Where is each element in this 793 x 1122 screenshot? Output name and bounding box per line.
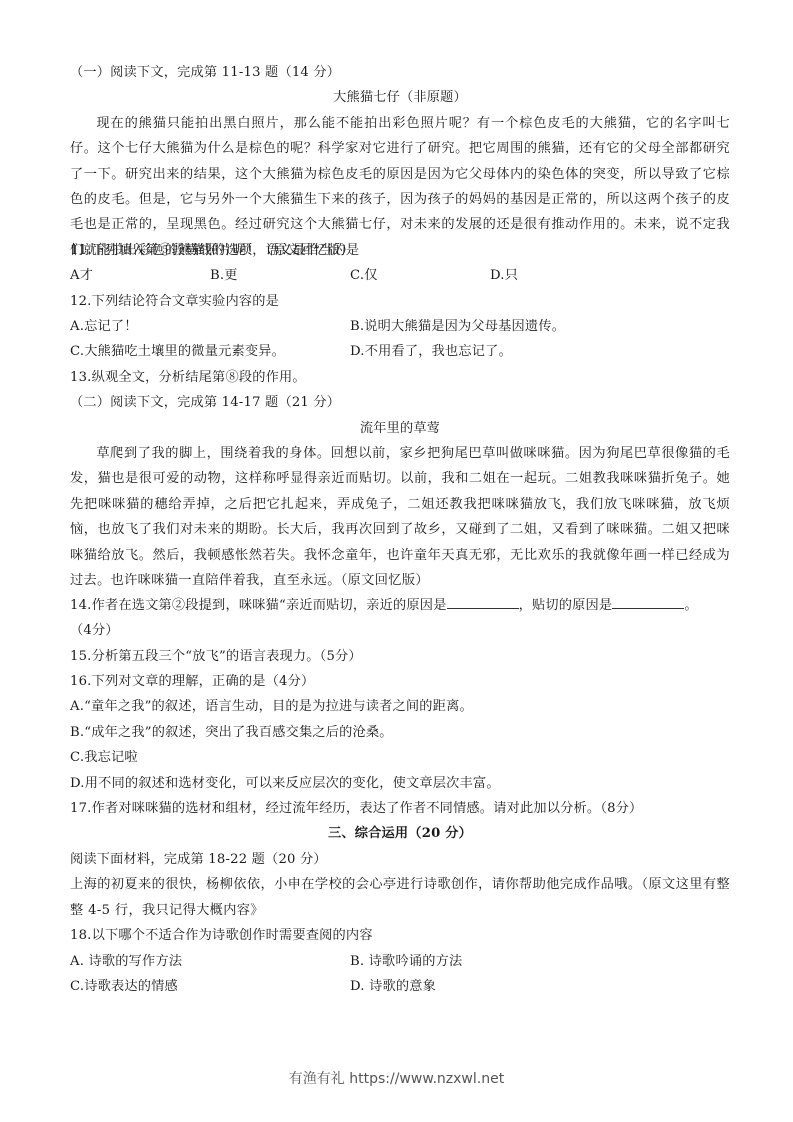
option-c: C.仅	[350, 263, 490, 288]
question-18-stem: 18.以下哪个不适合作为诗歌创作时需要查阅的内容	[70, 923, 730, 948]
passage-2-title: 流年里的草莺	[70, 416, 730, 441]
option-c: C.大熊猫吃土壤里的微量元素变异。	[70, 339, 350, 364]
option-a: A.忘记了！	[70, 314, 350, 339]
watermark-footer: 有渔有礼 https://www.nzxwl.net	[0, 1068, 793, 1088]
question-18-options-row-2: C.诗歌表达的情感 D. 诗歌的意象	[70, 974, 730, 999]
option-b: B.更	[210, 263, 350, 288]
section-2-heading: （二）阅读下文，完成第 14-17 题（21 分）	[70, 390, 730, 415]
question-14-text-a: 14.作者在选文第②段提到，咪咪猫“亲近而贴切，亲近的原因是	[70, 598, 447, 613]
section-3-heading: 三、综合运用（20 分）	[70, 821, 730, 846]
question-15-stem: 15.分析第五段三个“放飞”的语言表现力。（5分）	[70, 644, 730, 669]
question-14-stem: 14.作者在选文第②段提到，咪咪猫“亲近而贴切，亲近的原因是，贴切的原因是。	[70, 593, 730, 618]
option-a: A才	[70, 263, 210, 288]
option-b: B. 诗歌吟诵的方法	[350, 949, 630, 974]
option-d: D.只	[490, 263, 630, 288]
question-17-stem: 17.作者对咪咪猫的选材和组材，经过流年经历，表达了作者不同情感。请对此加以分析…	[70, 796, 730, 821]
question-16-option-b: B.“成年之我”的叙述，突出了我百感交集之后的沧桑。	[70, 720, 730, 745]
question-14-text-c: 。	[684, 598, 697, 613]
answer-blank-1	[447, 594, 519, 609]
option-c: C.诗歌表达的情感	[70, 974, 350, 999]
question-16-option-d: D.用不同的叙述和选材变化，可以来反应层次的变化，使文章层次丰富。	[70, 771, 730, 796]
question-13-stem: 13.纵观全文，分析结尾第⑧段的作用。	[70, 365, 730, 390]
question-11-stem: 11.下列填入第⑤段横线的选项，语义最恰当的是	[70, 238, 730, 263]
section-3-intro: 阅读下面材料，完成第 18-22 题（20 分）	[70, 847, 730, 872]
passage-2-body: 草爬到了我的脚上，围绕着我的身体。回想以前，家乡把狗尾巴草叫做咪咪猫。因为狗尾巴…	[70, 441, 730, 593]
option-d: D.不用看了，我也忘记了。	[350, 339, 630, 364]
question-14-text-b: ，贴切的原因是	[519, 598, 613, 613]
question-12-stem: 12.下列结论符合文章实验内容的是	[70, 289, 730, 314]
option-b: B.说明大熊猫是因为父母基因遗传。	[350, 314, 630, 339]
answer-blank-2	[612, 594, 684, 609]
section-1-heading: （一）阅读下文，完成第 11-13 题（14 分）	[70, 60, 730, 85]
question-12-options-row-1: A.忘记了！ B.说明大熊猫是因为父母基因遗传。	[70, 314, 730, 339]
option-a: A. 诗歌的写作方法	[70, 949, 350, 974]
question-16-option-c: C.我忘记啦	[70, 745, 730, 770]
section-3-material: 上海的初夏来的很快，杨柳依依，小申在学校的会心亭进行诗歌创作，请你帮助他完成作品…	[70, 872, 730, 923]
question-11-options: A才 B.更 C.仅 D.只	[70, 263, 730, 288]
exam-page: （一）阅读下文，完成第 11-13 题（14 分） 大熊猫七仔（非原题） 现在的…	[70, 60, 730, 999]
option-d: D. 诗歌的意象	[350, 974, 630, 999]
question-12-options-row-2: C.大熊猫吃土壤里的微量元素变异。 D.不用看了，我也忘记了。	[70, 339, 730, 364]
passage-1-title: 大熊猫七仔（非原题）	[70, 85, 730, 110]
question-14-score: （4分）	[70, 618, 730, 643]
question-18-options-row-1: A. 诗歌的写作方法 B. 诗歌吟诵的方法	[70, 949, 730, 974]
question-16-option-a: A.“童年之我”的叙述，语言生动，目的是为拉进与读者之间的距离。	[70, 694, 730, 719]
question-16-stem: 16.下列对文章的理解，正确的是（4分）	[70, 669, 730, 694]
passage-1-body: 现在的熊猫只能拍出黑白照片，那么能不能拍出彩色照片呢？有一个棕色皮毛的大熊猫，它…	[70, 111, 730, 238]
